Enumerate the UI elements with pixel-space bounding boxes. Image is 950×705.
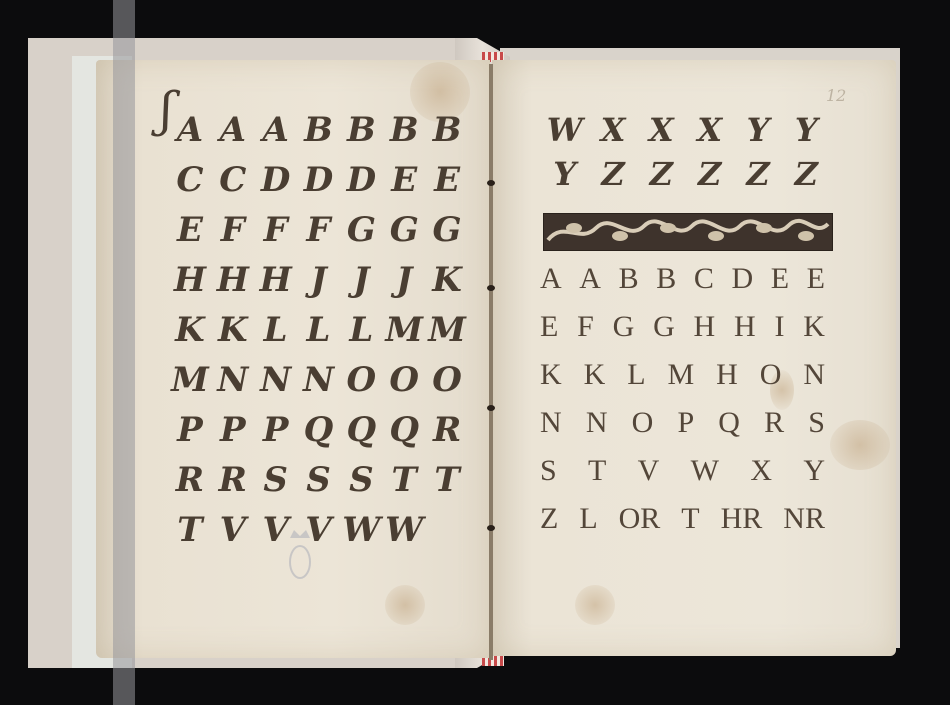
letterform: X: [750, 450, 772, 492]
letterform: H: [254, 258, 297, 302]
letterform: O: [760, 354, 782, 396]
capital-row: KKLMHON: [540, 354, 825, 396]
letterform: D: [254, 158, 297, 202]
letterform: G: [653, 306, 675, 348]
letterform: Q: [718, 402, 740, 444]
letterform: X: [685, 108, 733, 152]
letterform: X: [637, 108, 685, 152]
lombardic-capitals-grid: AABBCDEEEFGGHHIKKKLMHONNNOPQRSSTVWXYZLOR…: [540, 258, 825, 540]
letterform: L: [627, 354, 645, 396]
mount-strap: [113, 0, 135, 705]
letterform: B: [339, 108, 382, 152]
letterform: OR: [619, 498, 661, 540]
letterform: B: [382, 108, 425, 152]
letterform: T: [588, 450, 606, 492]
letterform: M: [168, 358, 211, 402]
letterform: Q: [339, 408, 382, 452]
letterform: S: [540, 450, 557, 492]
capital-row: AABBCDEE: [540, 258, 825, 300]
folio-number: 12: [826, 86, 846, 105]
letterform: L: [297, 308, 340, 352]
letterform: N: [540, 402, 562, 444]
letterform: N: [297, 358, 340, 402]
letterform: F: [211, 208, 254, 252]
letterform: T: [425, 458, 468, 502]
letterform: O: [382, 358, 425, 402]
letterform: NR: [783, 498, 825, 540]
letterform: K: [211, 308, 254, 352]
letterform: HR: [721, 498, 763, 540]
letterform: V: [211, 508, 254, 552]
letterform: P: [168, 408, 211, 452]
letterform: C: [694, 258, 714, 300]
letterform: D: [731, 258, 753, 300]
book-gutter: [489, 64, 493, 660]
letterform: O: [339, 358, 382, 402]
letterform: P: [254, 408, 297, 452]
letterform: L: [254, 308, 297, 352]
letterform: A: [168, 108, 211, 152]
letterform: M: [382, 308, 425, 352]
letterform: G: [613, 306, 635, 348]
letterform: R: [211, 458, 254, 502]
watermark-crown-icon: [286, 528, 314, 588]
letterform: J: [382, 258, 425, 302]
letterform: A: [211, 108, 254, 152]
letterform: Y: [782, 108, 830, 152]
water-stain: [385, 585, 425, 625]
letterform: W: [540, 108, 588, 152]
letterform: K: [168, 308, 211, 352]
letterform: E: [382, 158, 425, 202]
letterform: R: [168, 458, 211, 502]
letterform: L: [339, 308, 382, 352]
letterform: O: [425, 358, 468, 402]
letterform: B: [297, 108, 340, 152]
letterform: G: [382, 208, 425, 252]
letterform: E: [771, 258, 789, 300]
letterform: X: [588, 108, 636, 152]
letterform: Z: [588, 152, 636, 196]
letterform: C: [211, 158, 254, 202]
letterform: L: [579, 498, 597, 540]
letterform: W: [339, 508, 382, 552]
letterform: H: [211, 258, 254, 302]
letterform: N: [254, 358, 297, 402]
letterform: H: [734, 306, 756, 348]
sewing-hole: [487, 285, 495, 291]
letterform: Z: [782, 152, 830, 196]
water-stain: [575, 585, 615, 625]
capital-row: STVWXY: [540, 450, 825, 492]
letterform: K: [540, 354, 562, 396]
letterform: Q: [297, 408, 340, 452]
letterform: C: [168, 158, 211, 202]
letterform: H: [168, 258, 211, 302]
letterform: A: [254, 108, 297, 152]
letterform: G: [425, 208, 468, 252]
ornamental-foliate-band: [543, 213, 833, 251]
letterform: T: [382, 458, 425, 502]
letterform: Y: [733, 108, 781, 152]
letterform: M: [667, 354, 694, 396]
letterform: S: [297, 458, 340, 502]
sewing-hole: [487, 405, 495, 411]
letterform: [425, 508, 468, 552]
letterform: Y: [803, 450, 825, 492]
letterform: S: [254, 458, 297, 502]
capital-row: NNOPQRS: [540, 402, 825, 444]
letterform: J: [339, 258, 382, 302]
letterform: Z: [540, 498, 558, 540]
letterform: O: [632, 402, 654, 444]
letterform: T: [168, 508, 211, 552]
letterform: V: [638, 450, 660, 492]
letterform: H: [694, 306, 716, 348]
letterform: Z: [733, 152, 781, 196]
letterform: S: [339, 458, 382, 502]
letterform: Z: [685, 152, 733, 196]
letterform: R: [425, 408, 468, 452]
letterform: F: [297, 208, 340, 252]
letterform: N: [211, 358, 254, 402]
sewing-hole: [487, 180, 495, 186]
letterform: E: [425, 158, 468, 202]
capital-row: ZLORTHRNR: [540, 498, 825, 540]
sewing-hole: [487, 525, 495, 531]
letterform: W: [691, 450, 719, 492]
letterform: A: [579, 258, 601, 300]
letterform: J: [297, 258, 340, 302]
letterform: E: [807, 258, 825, 300]
letterform: K: [425, 258, 468, 302]
letterform: E: [540, 306, 558, 348]
letterform: K: [803, 306, 825, 348]
capital-row: EFGGHHIK: [540, 306, 825, 348]
letterform: N: [586, 402, 608, 444]
letterform: B: [619, 258, 639, 300]
letterform: P: [211, 408, 254, 452]
letterform: R: [764, 402, 784, 444]
letterform: A: [540, 258, 562, 300]
letterform: M: [425, 308, 468, 352]
letterform: E: [168, 208, 211, 252]
letterform: Q: [382, 408, 425, 452]
letterform: F: [577, 306, 594, 348]
letterform: Z: [637, 152, 685, 196]
letterform: I: [774, 306, 784, 348]
blackletter-alphabet-grid: AAABBBBCCDDDEEEFFFGGGHHHJJJKKKLLLMMMNNNO…: [168, 108, 468, 552]
blackletter-alphabet-continuation: WXXXYYYZZZZZ: [540, 108, 830, 196]
letterform: K: [584, 354, 606, 396]
letterform: F: [254, 208, 297, 252]
letterform: W: [382, 508, 425, 552]
letterform: Y: [540, 152, 588, 196]
letterform: H: [716, 354, 738, 396]
letterform: N: [803, 354, 825, 396]
letterform: B: [425, 108, 468, 152]
letterform: S: [808, 402, 825, 444]
letterform: P: [677, 402, 694, 444]
water-stain: [830, 420, 890, 470]
letterform: T: [681, 498, 699, 540]
foliate-scroll-icon: [544, 214, 832, 250]
letterform: D: [297, 158, 340, 202]
letterform: D: [339, 158, 382, 202]
letterform: G: [339, 208, 382, 252]
letterform: B: [656, 258, 676, 300]
